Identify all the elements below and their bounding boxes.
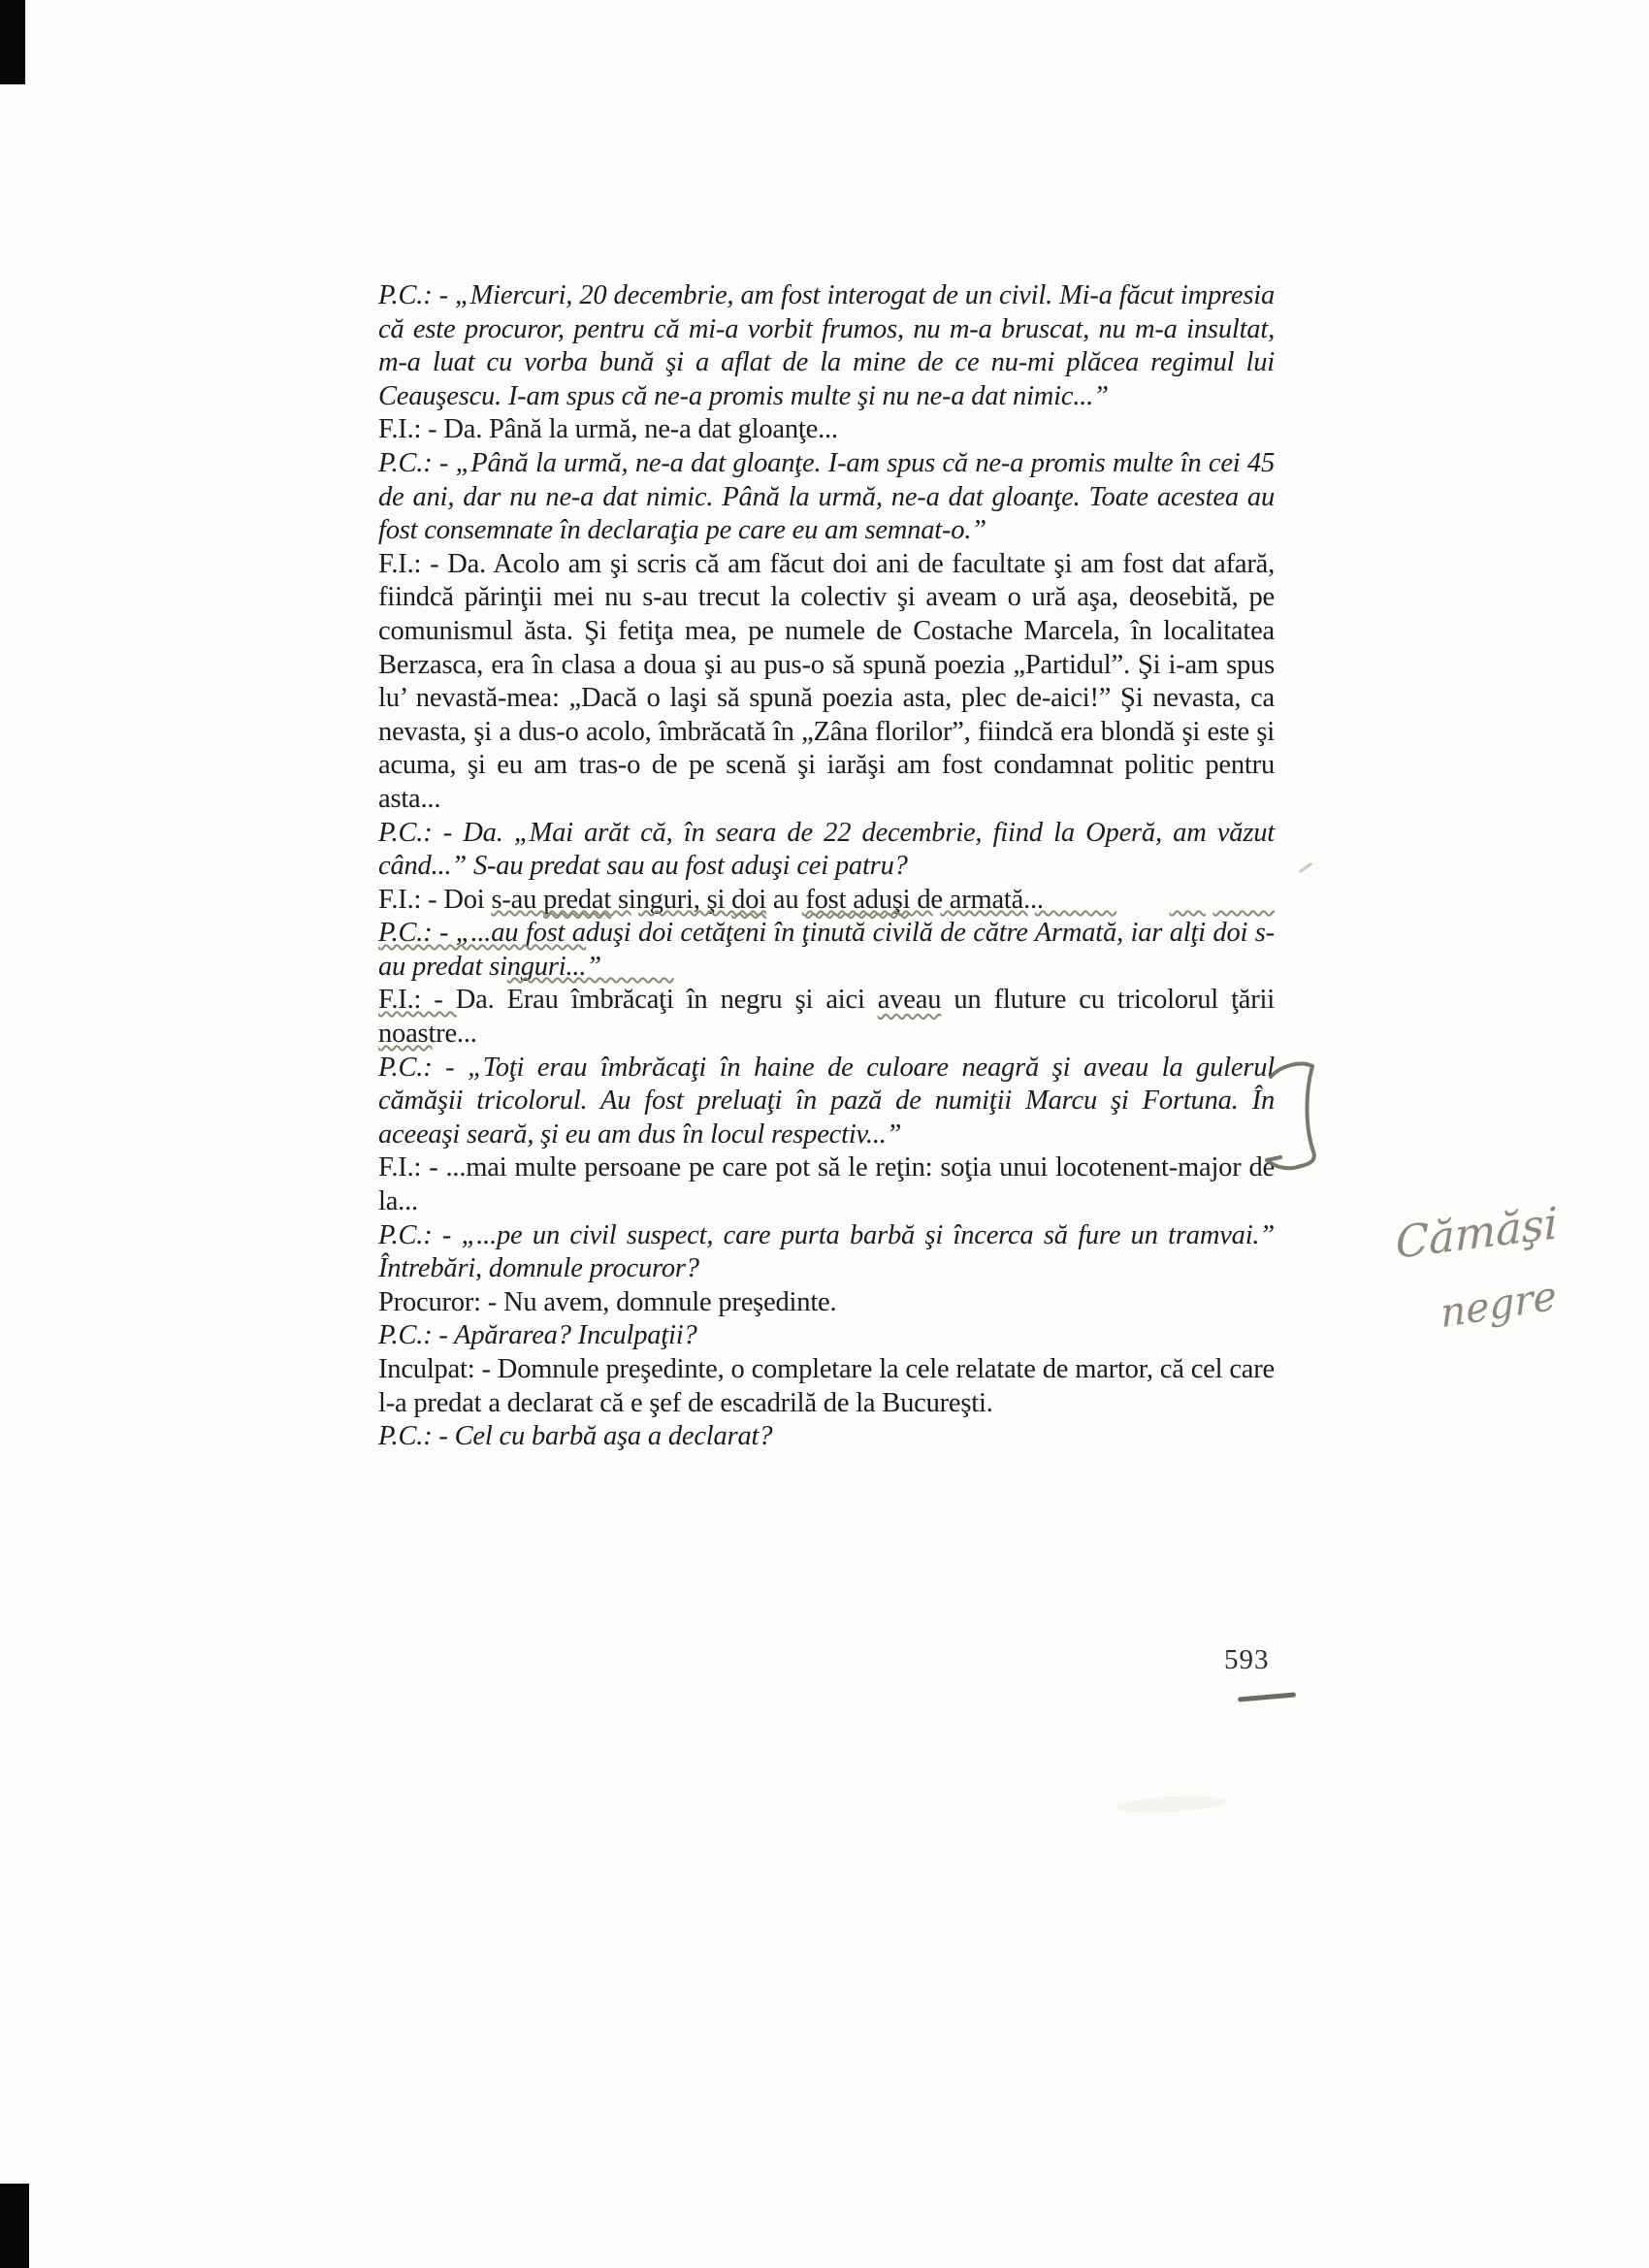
text-segment: - „Toţi erau îmbrăcaţi în haine de culoa…: [378, 1053, 1275, 1150]
text-segment: , iar: [1116, 918, 1170, 948]
text-segment: P.C.: - „...pe un civil suspect, care pu…: [378, 1220, 1275, 1284]
text-segment: F.I.: - ...mai multe persoane pe care po…: [378, 1152, 1275, 1216]
page-number: 593: [1224, 1644, 1270, 1676]
pencil-overlined-text: de către: [940, 918, 1028, 948]
margin-note-line: Cămăşi: [1395, 1188, 1627, 1269]
handwritten-bracket-annotation: [1261, 1052, 1331, 1180]
text-segment: singuri, şi: [611, 885, 731, 915]
text-segment: ”: [586, 952, 601, 982]
text-segment: un fluture cu tricolorul ţării: [941, 985, 1275, 1015]
pencil-tick-mark: [1299, 862, 1313, 874]
text-segment: P.C.: - Cel cu barbă aşa a declarat?: [378, 1421, 772, 1451]
text-segment: de armată...: [910, 885, 1043, 915]
handwritten-margin-note: Cămăşi negre: [1395, 1203, 1628, 1322]
pencil-overlined-text: alţi: [1170, 918, 1206, 948]
text-segment: P.C.: - „Miercuri, 20 decembrie, am fost…: [378, 280, 1275, 411]
transcript-paragraph: F.I.: - Da. Erau îmbrăcaţi în negru şi a…: [378, 984, 1275, 1051]
transcript-paragraph: Inculpat: - Domnule preşedinte, o comple…: [378, 1353, 1275, 1420]
text-segment: Procuror: - Nu avem, domnule preşedinte.: [378, 1287, 836, 1317]
text-segment: ...: [457, 1019, 477, 1049]
text-segment: P.C.: - Apărarea? Inculpaţii?: [378, 1320, 697, 1350]
transcript-paragraph: P.C.: - „Până la urmă, ne-a dat gloanţe.…: [378, 447, 1275, 548]
text-segment: Inculpat: - Domnule preşedinte, o comple…: [378, 1354, 1275, 1418]
text-segment: F.I.: - Da. Acolo am şi scris că am făcu…: [378, 549, 1275, 814]
text-segment: în: [766, 918, 802, 948]
transcript-paragraph: P.C.: - Apărarea? Inculpaţii?: [378, 1319, 1275, 1353]
pencil-overlined-text: ţinută civilă: [802, 918, 933, 948]
text-segment: F.I.: - Doi s-au: [378, 885, 543, 915]
text-segment: P.C.: - Da. „Mai arăt că, în seara de 22…: [378, 818, 1275, 882]
transcript-paragraph: F.I.: - Doi s-au predat singuri, şi doi …: [378, 884, 1275, 918]
text-segment: au: [766, 885, 805, 915]
scan-edge-artifact-top: [0, 0, 25, 84]
transcript-paragraph: P.C.: - „...pe un civil suspect, care pu…: [378, 1219, 1275, 1286]
text-segment: [1028, 918, 1035, 948]
transcript-text-block: P.C.: - „Miercuri, 20 decembrie, am fost…: [378, 279, 1275, 1454]
pencil-overlined-text: Armată: [1035, 918, 1116, 948]
pencil-underlined-text: doi: [731, 885, 766, 915]
pencil-overlined-text: doi cetăţeni: [638, 918, 766, 948]
text-segment: P.C.: - „...: [378, 918, 491, 948]
transcript-paragraph: F.I.: - Da. Până la urmă, ne-a dat gloan…: [378, 413, 1275, 447]
transcript-paragraph: P.C.: - „Toţi erau îmbrăcaţi în haine de…: [378, 1052, 1275, 1152]
transcript-paragraph: P.C.: - „Miercuri, 20 decembrie, am fost…: [378, 279, 1275, 413]
pencil-underlined-text: predat: [543, 885, 611, 915]
pencil-overlined-text: noastre: [378, 1019, 457, 1049]
pencil-underlined-text: fost aduşi: [805, 885, 910, 915]
text-segment: P.C.: - „Până la urmă, ne-a dat gloanţe.…: [378, 448, 1275, 545]
pencil-overlined-text: au fost aduşi: [491, 918, 630, 948]
faint-pencil-smudge: [1115, 1794, 1228, 1815]
scan-edge-artifact-bottom: [0, 2184, 29, 2268]
margin-note-line: negre: [1439, 1261, 1628, 1338]
pencil-overlined-text: Erau îmbrăcaţi: [507, 985, 674, 1015]
pencil-underlined-text: aveau: [878, 985, 941, 1015]
text-segment: F.I.: - Da. Până la urmă, ne-a dat gloan…: [378, 414, 838, 444]
text-segment: [631, 918, 639, 948]
transcript-paragraph: Procuror: - Nu avem, domnule preşedinte.: [378, 1286, 1275, 1320]
ink-smudge: [1238, 1692, 1296, 1701]
text-segment: în negru şi aici: [674, 985, 878, 1015]
transcript-paragraph: P.C.: - Da. „Mai arăt că, în seara de 22…: [378, 817, 1275, 884]
pencil-overlined-text: P.C.:: [378, 1053, 433, 1083]
text-segment: F.I.: - Da.: [378, 985, 507, 1015]
transcript-paragraph: F.I.: - ...mai multe persoane pe care po…: [378, 1151, 1275, 1218]
scanned-page: P.C.: - „Miercuri, 20 decembrie, am fost…: [0, 0, 1649, 2268]
transcript-paragraph: P.C.: - „...au fost aduşi doi cetăţeni î…: [378, 917, 1275, 984]
transcript-paragraph: F.I.: - Da. Acolo am şi scris că am făcu…: [378, 548, 1275, 817]
transcript-paragraph: P.C.: - Cel cu barbă aşa a declarat?: [378, 1420, 1275, 1454]
